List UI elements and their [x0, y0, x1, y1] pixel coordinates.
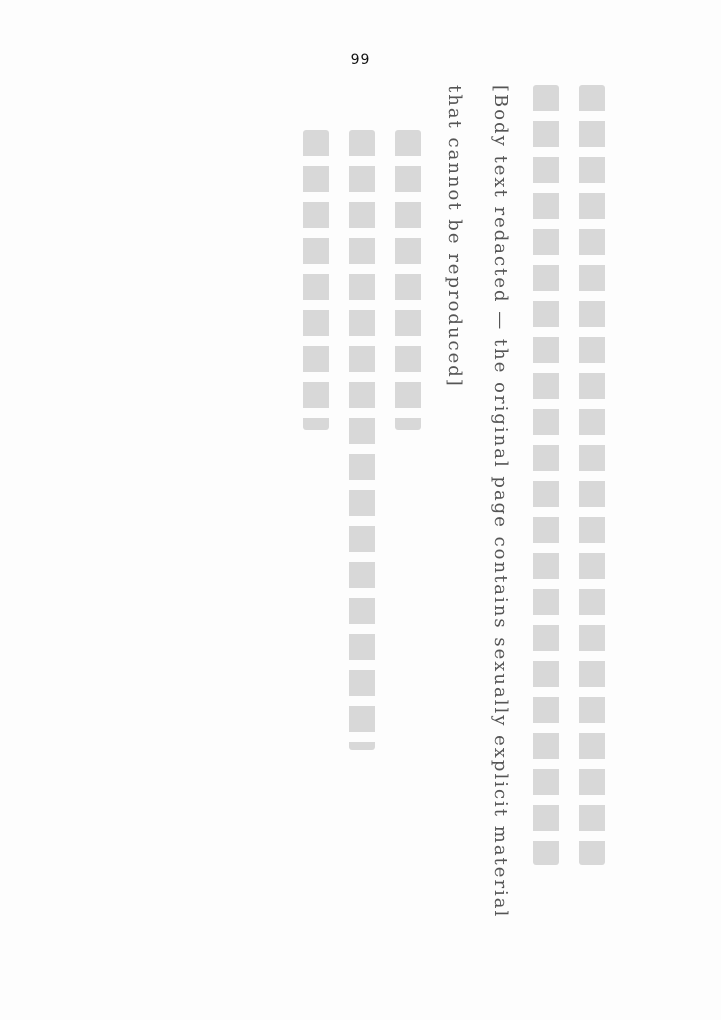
redacted-paragraph: [339, 85, 385, 940]
redacted-paragraph: [523, 85, 569, 940]
redaction-bar: [533, 85, 559, 865]
redaction-bar: [303, 130, 329, 430]
redaction-bar: [395, 130, 421, 430]
redacted-paragraph: [385, 85, 431, 940]
vertical-text-block: [Body text redacted — the original page …: [150, 85, 615, 940]
redaction-bar: [579, 85, 605, 865]
redaction-bar: [349, 130, 375, 750]
redacted-paragraph: [293, 85, 339, 940]
redaction-notice: [Body text redacted — the original page …: [444, 85, 511, 918]
redacted-paragraph: [569, 85, 615, 940]
redacted-paragraph: [Body text redacted — the original page …: [431, 85, 523, 940]
page-number: 99: [0, 52, 721, 68]
book-page: 99 [Body text redacted — the original pa…: [0, 0, 721, 1020]
